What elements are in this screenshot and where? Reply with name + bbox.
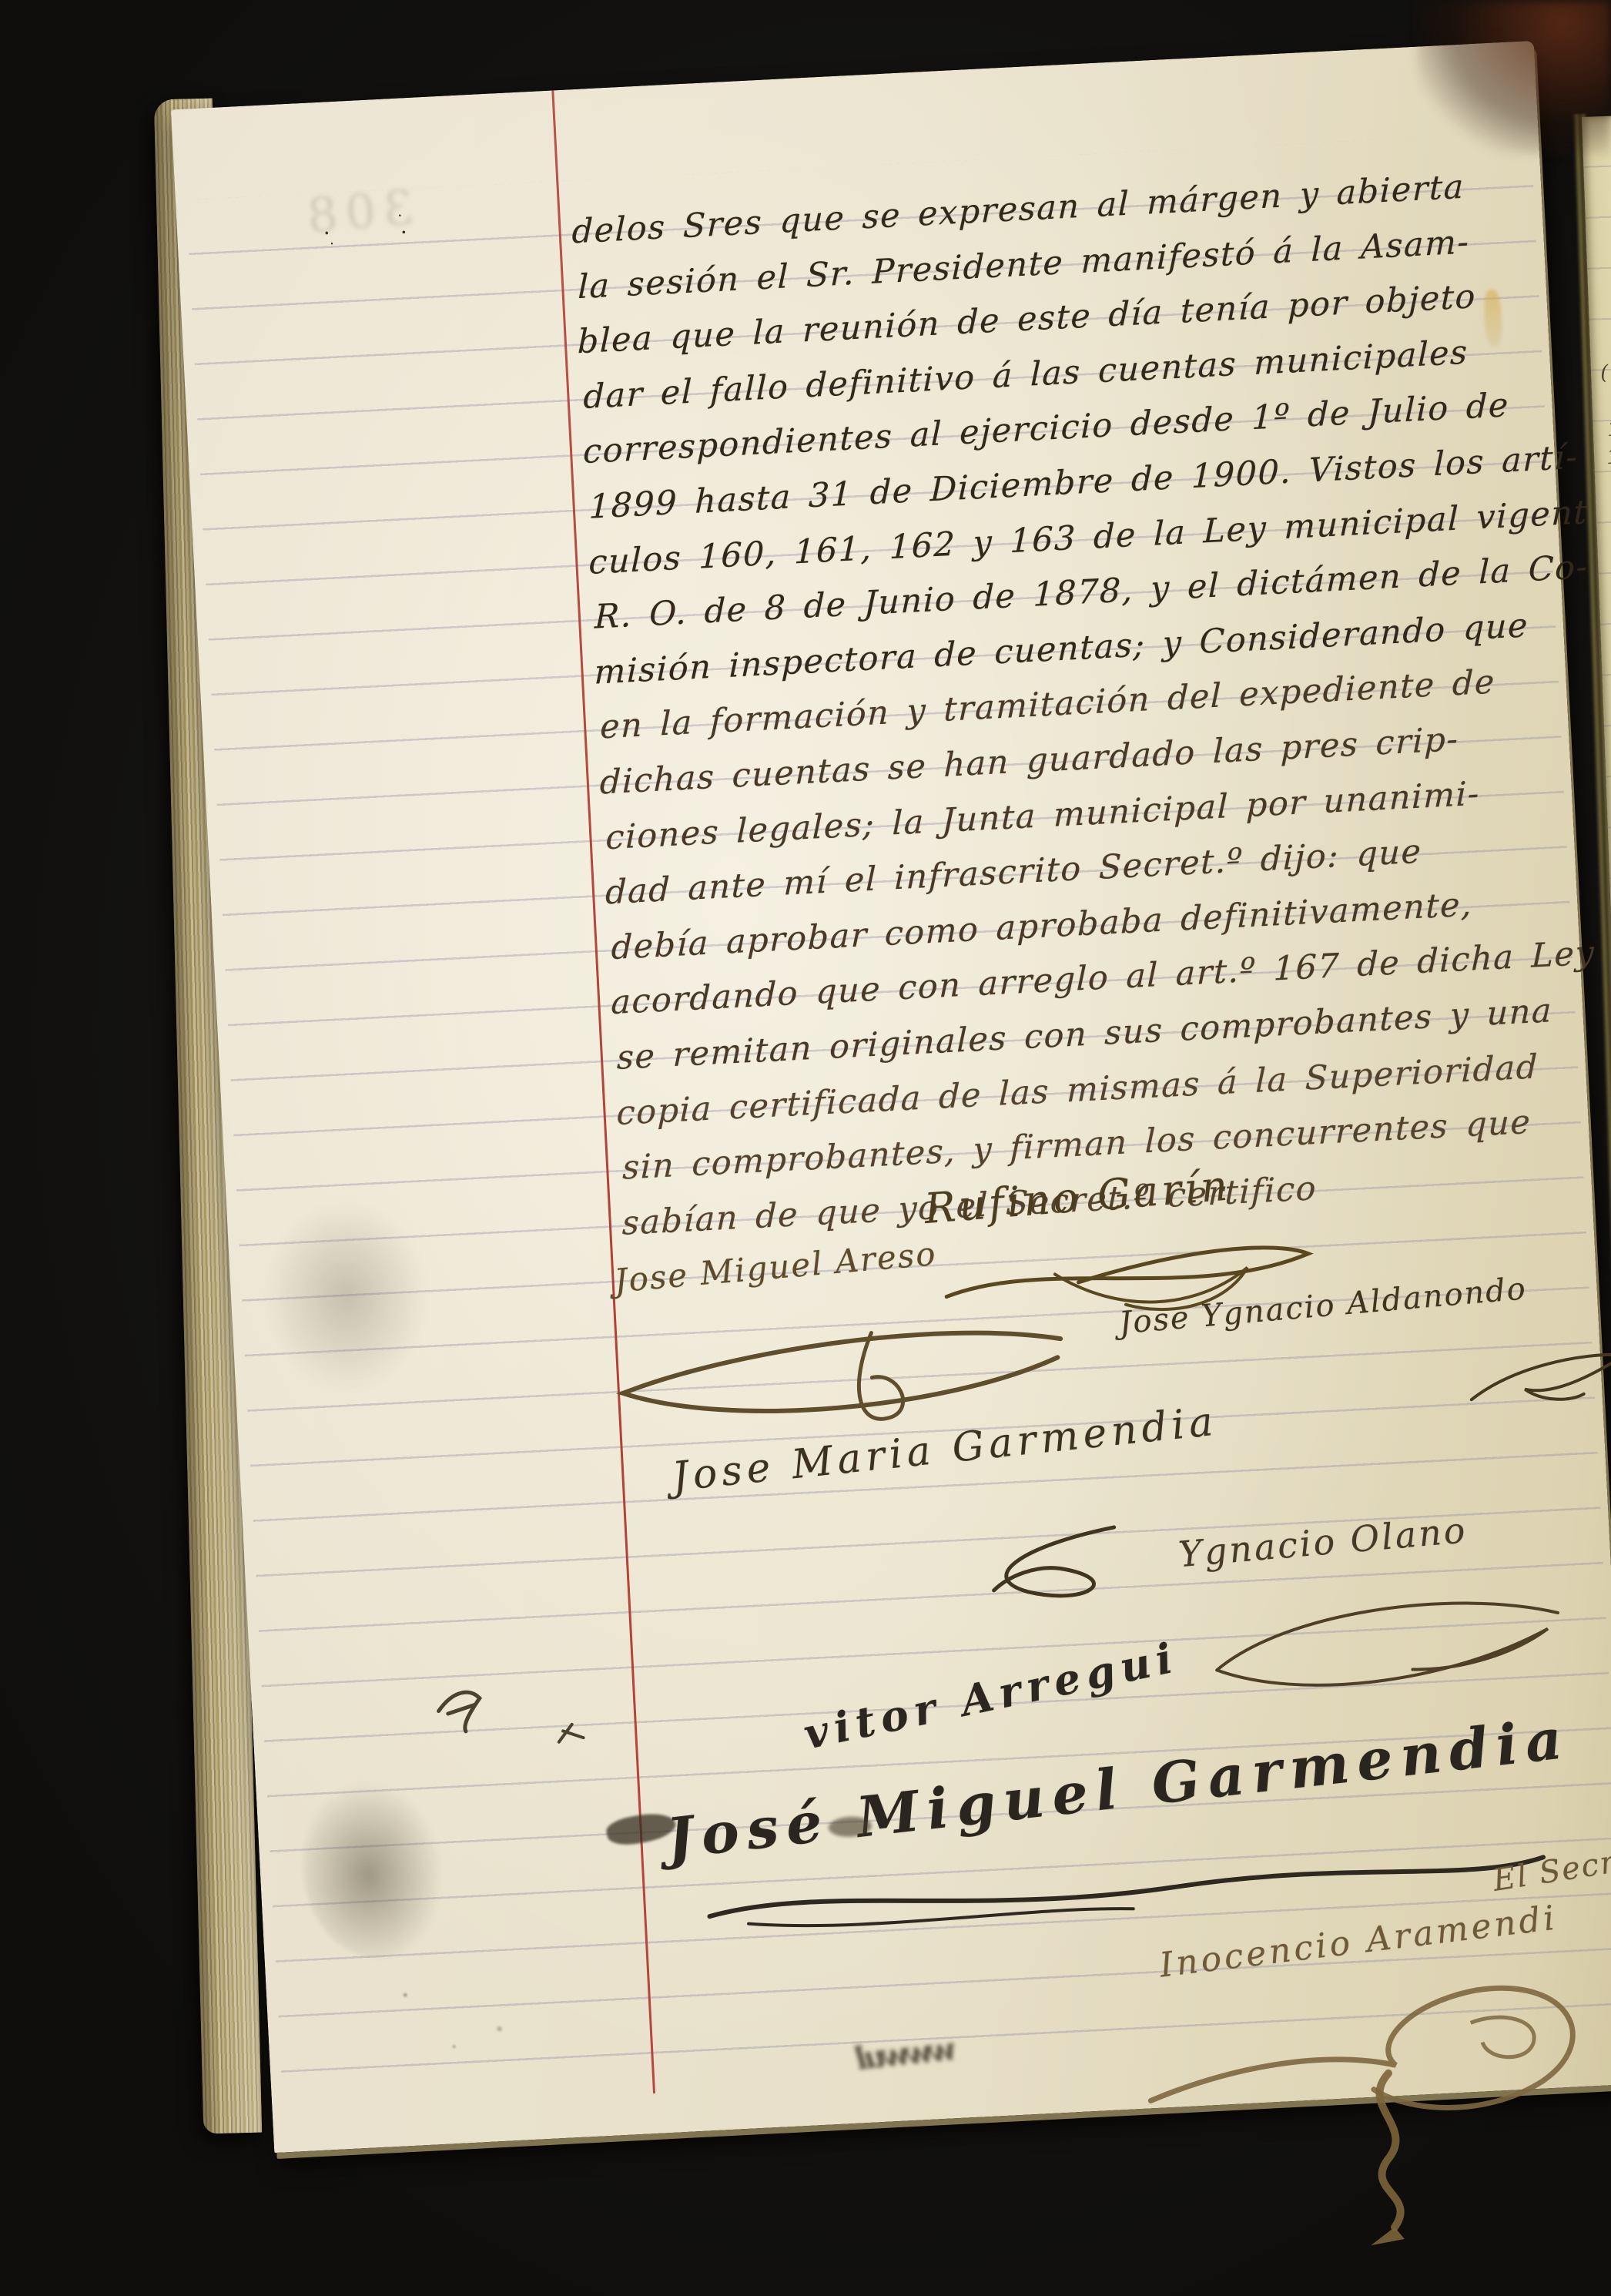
- book-cover-shadow: [1417, 0, 1611, 154]
- signature-vitor-arregui: vitor Arregui: [799, 1632, 1182, 1759]
- gray-smudge: [257, 1192, 437, 1401]
- adjacent-page-fragment: 11.: [1606, 445, 1611, 469]
- signature-inocencio-aramendi: Inocencio Aramendi: [1157, 1899, 1559, 1986]
- pen-check-mark: [430, 1681, 494, 1738]
- secretary-label: El Secret.º: [1491, 1835, 1611, 1899]
- signature-rubric-aramendi: [1137, 1962, 1611, 2263]
- signature-jose-maria-garmendia: Jose Maria Garmendia: [670, 1399, 1220, 1501]
- ink-specks: [320, 206, 414, 256]
- adjacent-page-fragment: 11: [1606, 417, 1611, 441]
- signature-jose-ygnacio-aldanondo: Jose Ygnacio Aldanondo: [1117, 1271, 1528, 1341]
- ink-speck-stains: [380, 1957, 555, 2073]
- offset-ink-smudge: wwwul: [671, 2031, 961, 2130]
- manuscript-text-block: delos Sres que se expresan al márgen y a…: [571, 156, 1594, 1252]
- signature-rubric-aldanondo: [1459, 1340, 1611, 1419]
- signature-rubric-garmendia1: [960, 1520, 1149, 1621]
- pen-tick-mark: [551, 1714, 591, 1755]
- adjacent-page-fragment: (: [1600, 361, 1609, 384]
- manuscript-page: 308 delos Sres que se expresan al márgen…: [171, 41, 1611, 2153]
- fingerprint-smudge: [298, 1769, 454, 1961]
- signature-jose-miguel-garmendia: José Miguel Garmendia: [663, 1705, 1572, 1872]
- signature-ygnacio-olano: Ygnacio Olano: [1177, 1509, 1469, 1575]
- signature-rubric-olano: [1201, 1578, 1583, 1713]
- photograph-stage: 308 delos Sres que se expresan al márgen…: [0, 0, 1611, 2296]
